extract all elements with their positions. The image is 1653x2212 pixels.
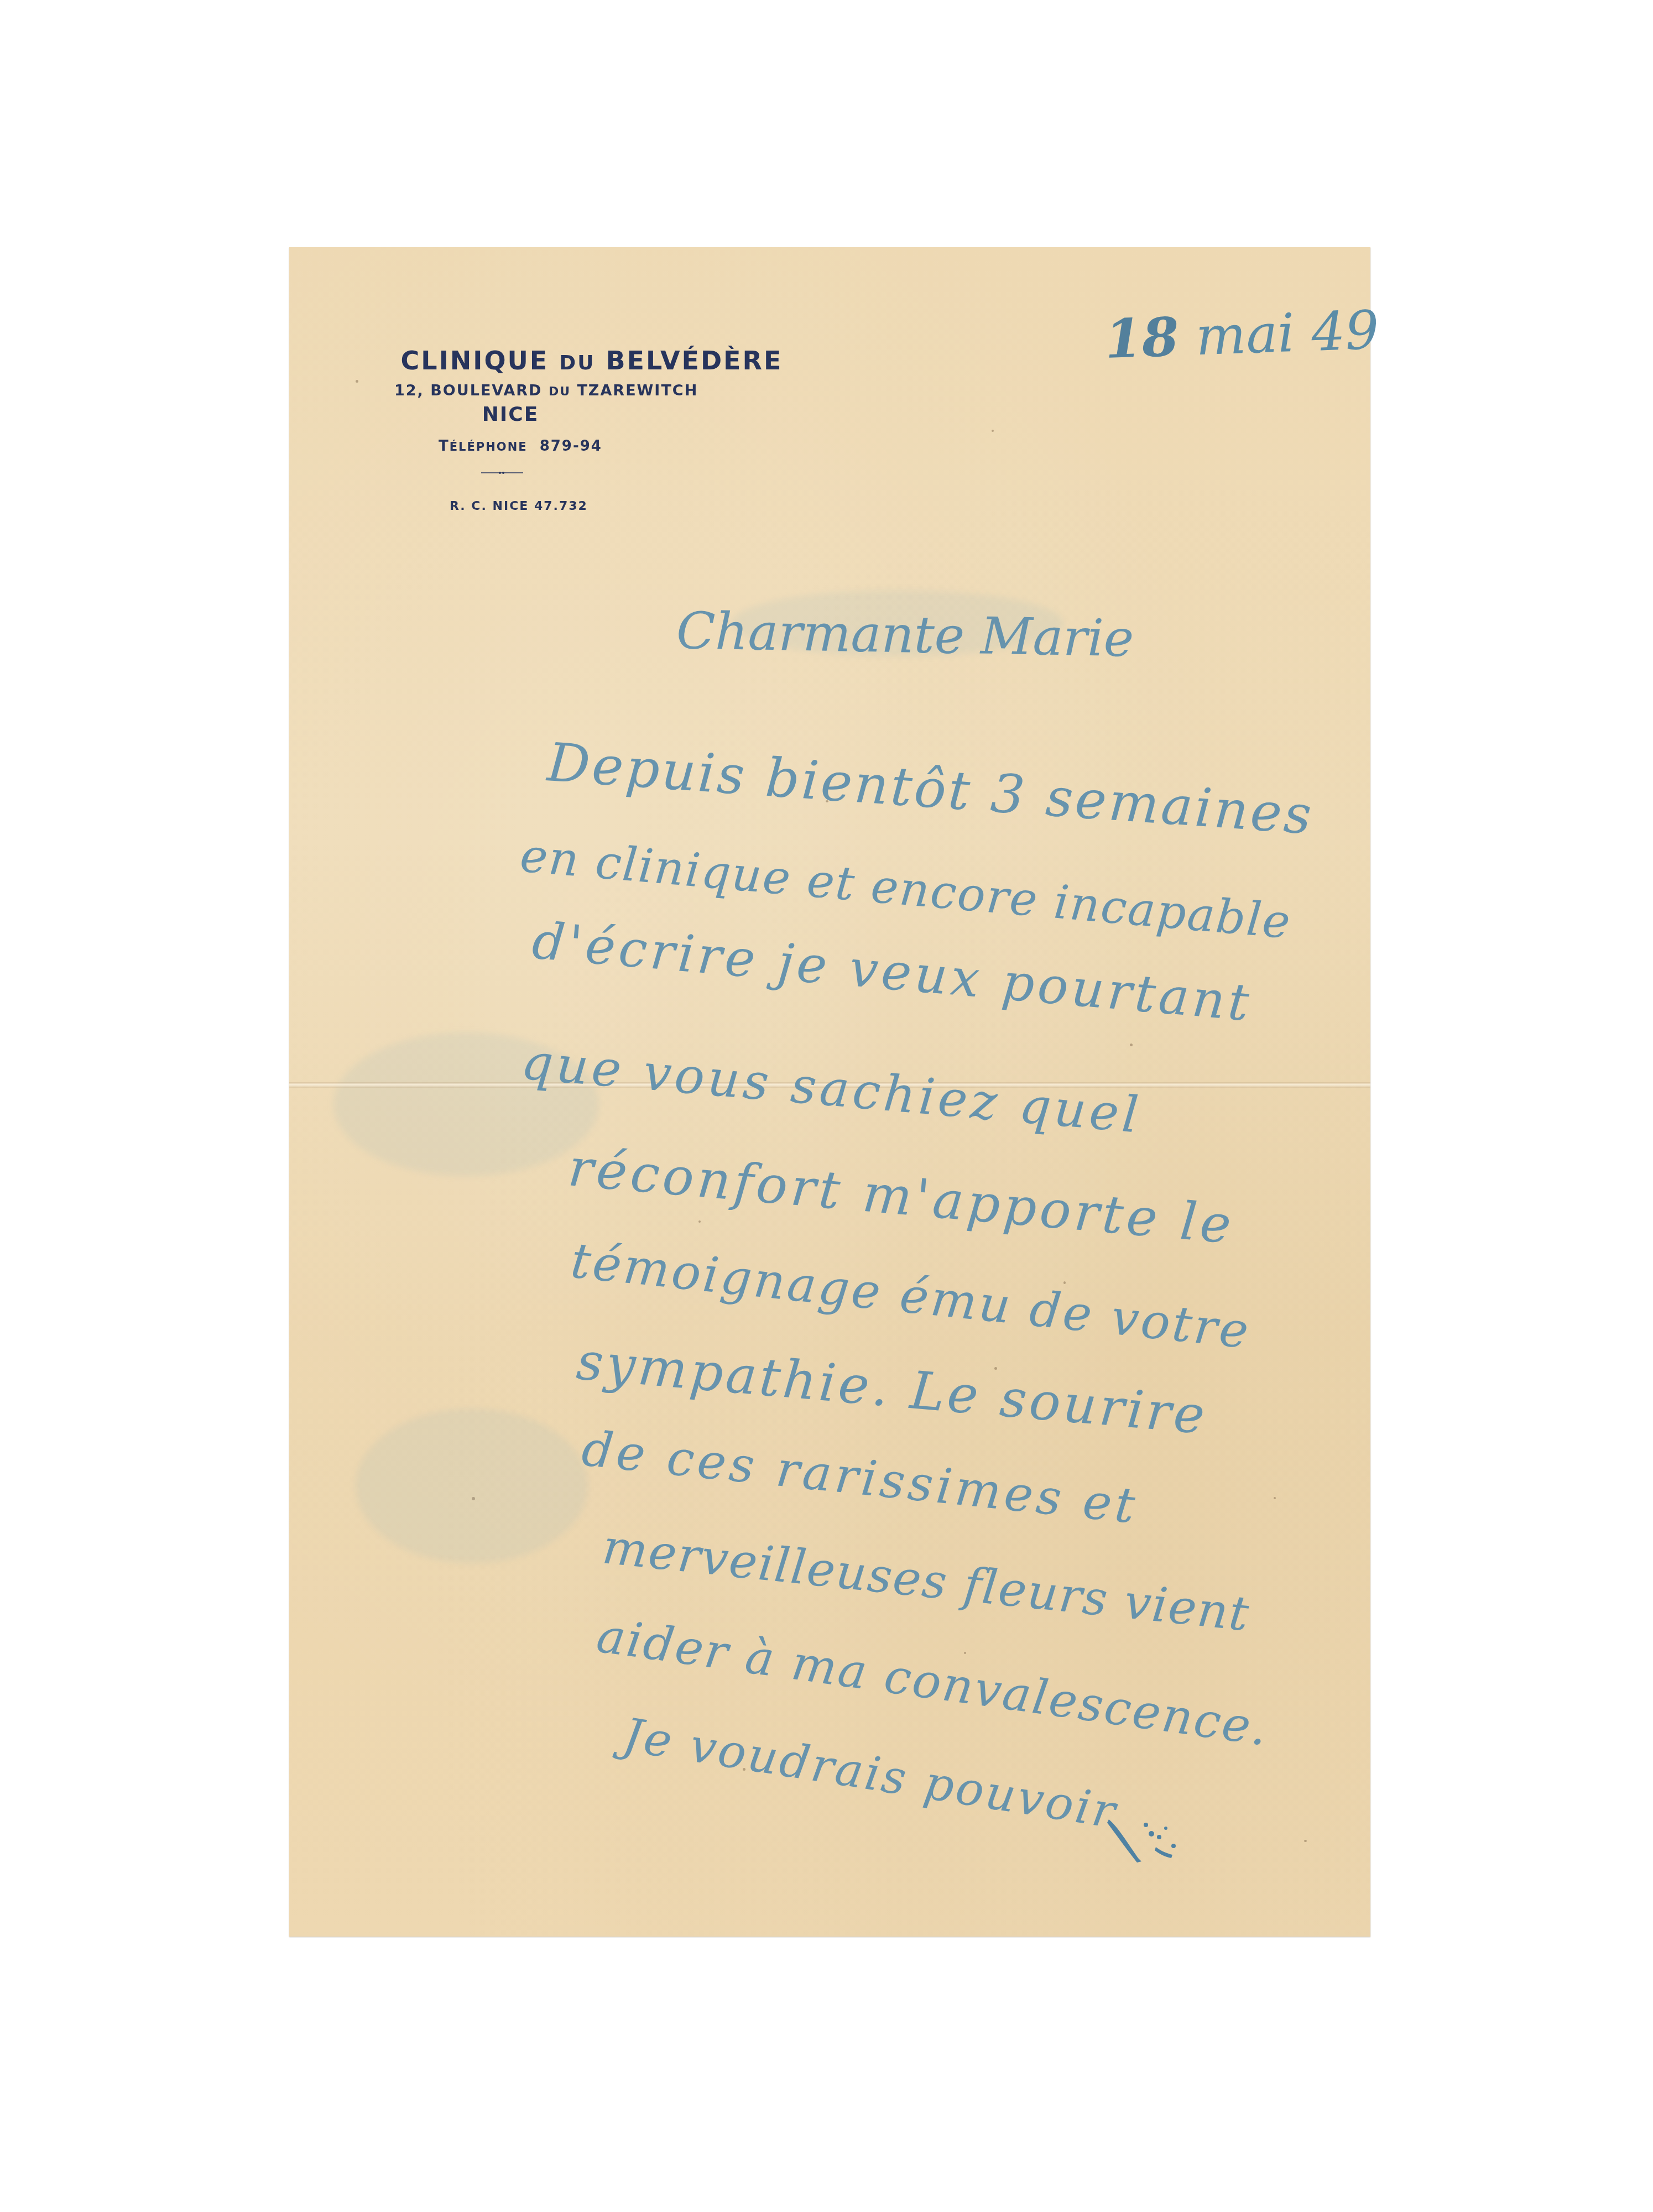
address-street-name: TZAREWITCH (577, 382, 698, 399)
ornamental-divider-icon (481, 472, 523, 474)
clinic-name-word: BELVÉDÈRE (606, 346, 783, 375)
paper-speck (356, 380, 358, 383)
letter-line: Depuis bientôt 3 semaines (545, 731, 1316, 847)
phone-label-initial: T (439, 438, 450, 455)
date-month: mai (1195, 302, 1296, 367)
paper-speck (1304, 1840, 1307, 1842)
letter-sheet: CLINIQUE DU BELVÉDÈRE 12, BOULEVARD DU T… (289, 247, 1370, 1937)
clinic-phone: TÉLÉPHONE 879-94 (439, 438, 566, 455)
paper-speck (1274, 1497, 1276, 1499)
letter-line: Je voudrais pouvoir (619, 1708, 1121, 1839)
paper-speck (1130, 1044, 1133, 1046)
clinic-address: 12, BOULEVARD DU TZAREWITCH (394, 382, 610, 399)
date-day: 18 (1104, 305, 1180, 371)
letter-date: 18 mai 49 (1104, 299, 1380, 371)
letter-line: réconfort m'apporte le (566, 1138, 1237, 1256)
offset-ink-stain (356, 1408, 588, 1563)
continuation-mark-icon (1106, 1815, 1178, 1865)
salutation: Charmante Marie (676, 601, 1134, 668)
paper-speck (964, 1652, 966, 1654)
clinic-city: NICE (455, 403, 566, 426)
paper-speck (992, 430, 994, 432)
clinic-name: CLINIQUE DU BELVÉDÈRE (382, 346, 802, 375)
phone-label: ÉLÉPHONE (450, 440, 528, 453)
clinic-name-word: DU (559, 352, 595, 374)
letter-line: que vous sachiez quel (519, 1032, 1144, 1145)
date-year: 49 (1310, 299, 1380, 363)
letter-line: de ces rarissimes et (580, 1420, 1141, 1535)
phone-number: 879-94 (540, 438, 602, 455)
paper-speck (698, 1220, 701, 1223)
clinic-name-word: CLINIQUE (401, 346, 549, 375)
commercial-registry: R. C. NICE 47.732 (450, 499, 555, 513)
address-street: 12, BOULEVARD (394, 382, 543, 399)
address-particle: DU (549, 385, 571, 399)
